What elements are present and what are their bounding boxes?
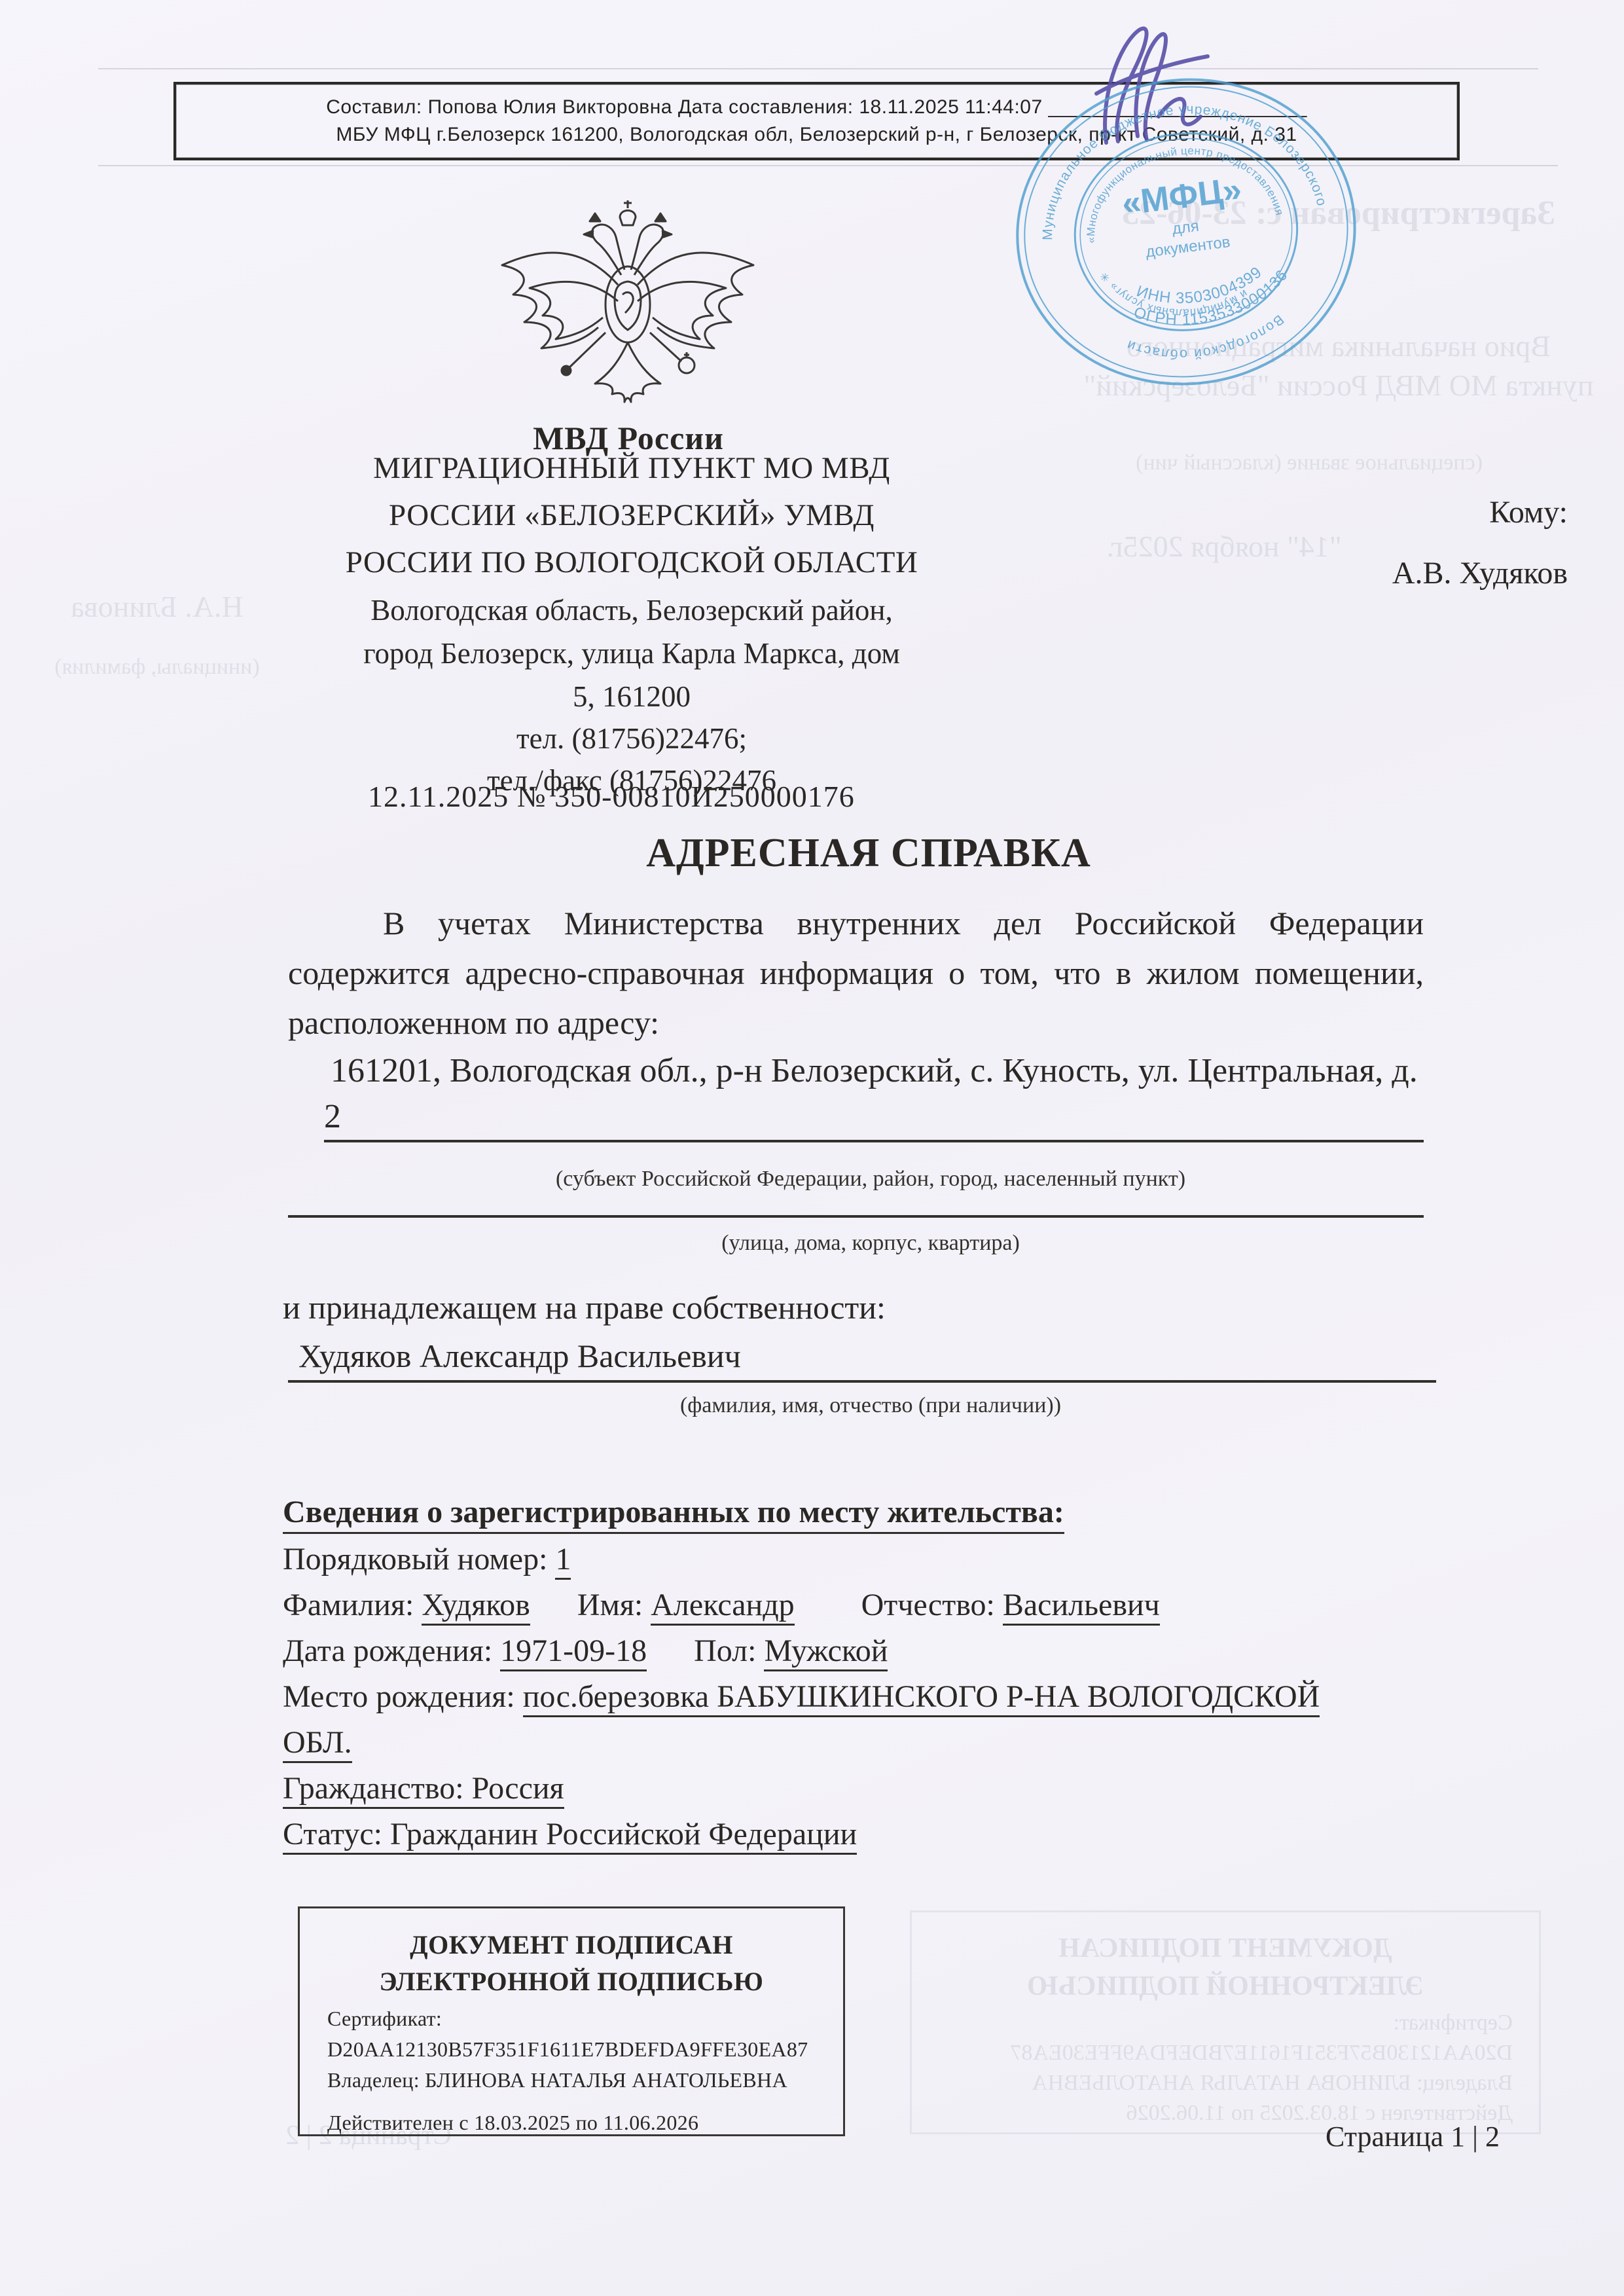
scanned-document-page: Зарегистрирован с: 23-06-23 Врио начальн… [0, 0, 1624, 2296]
status-value: Статус: Гражданин Российской Федерации [283, 1817, 857, 1855]
status-row: Статус: Гражданин Российской Федерации [283, 1816, 1435, 1852]
registration-heading-text: Сведения о зарегистрированных по месту ж… [283, 1495, 1064, 1534]
mfc-round-stamp: Муниципальное бюджетное учреждение Белоз… [993, 53, 1379, 411]
caption-fio: (фамилия, имя, отчество (при наличии)) [321, 1393, 1420, 1418]
bleedthrough-initials: Н.А. Блинова [20, 589, 295, 624]
org-phone-line: тел. (81756)22476; [337, 721, 926, 756]
address-value-line1: 161201, Вологодская обл., р-н Белозерски… [331, 1051, 1427, 1090]
mvd-eagle-emblem [490, 196, 765, 419]
org-address-line1: Вологодская область, Белозерский район, [337, 593, 926, 627]
org-address-line2: город Белозерск, улица Карла Маркса, дом [337, 636, 926, 670]
caption-street: (улица, дома, корпус, квартира) [321, 1231, 1420, 1256]
intro-line1: В учетах Министерства внутренних дел Рос… [288, 898, 1424, 948]
ordinal-label: Порядковый номер: [283, 1542, 547, 1576]
bleedthrough-date-line: "14" ноября 2025г. [1087, 529, 1362, 564]
street-field-rule [288, 1215, 1424, 1218]
esign-owner: Владелец: БЛИНОВА НАТАЛЬЯ АНАТОЛЬЕВНА [327, 2068, 843, 2092]
patronymic-label: Отчество: [861, 1588, 995, 1622]
birthplace-value-line2: ОБЛ. [283, 1725, 352, 1763]
ownership-intro: и принадлежащем на праве собственности: [283, 1288, 886, 1326]
esign-cert-value: D20AA12130B57F351F1611E7BDEFDA9FFE30EA87 [327, 2037, 843, 2062]
owner-name: Худяков Александр Васильевич [288, 1337, 1436, 1383]
esign-header-line2: ЭЛЕКТРОННОЙ ПОДПИСЬЮ [300, 1963, 843, 2000]
birthdate-value: 1971-09-18 [500, 1633, 647, 1671]
name-value: Александр [651, 1588, 794, 1626]
bleedthrough-esign-header: ДОКУМЕНТ ПОДПИСАН ЭЛЕКТРОННОЙ ПОДПИСЬЮ [912, 1929, 1539, 2005]
org-name-line3: РОССИИ ПО ВОЛОГОДСКОЙ ОБЛАСТИ [337, 545, 926, 580]
esign-validity: Действителен с 18.03.2025 по 11.06.2026 [327, 2111, 843, 2135]
recipient-name: А.В. Худяков [1392, 555, 1568, 591]
registration-heading: Сведения о зарегистрированных по месту ж… [283, 1494, 1435, 1530]
page-number: Страница 1 | 2 [1326, 2120, 1500, 2153]
birthplace-label: Место рождения: [283, 1679, 515, 1714]
stamp-dlya-text: для [1171, 217, 1200, 238]
esign-header-line1: ДОКУМЕНТ ПОДПИСАН [300, 1927, 843, 1963]
bleedthrough-caption-initials: (инициалы, фамилия) [7, 655, 308, 680]
stamp-dokumentov-text: документов [1145, 233, 1231, 261]
sex-label: Пол: [694, 1633, 756, 1668]
sex-value: Мужской [764, 1633, 888, 1671]
caption-subject: (субъект Российской Федерации, район, го… [321, 1167, 1420, 1192]
esign-header: ДОКУМЕНТ ПОДПИСАН ЭЛЕКТРОННОЙ ПОДПИСЬЮ [300, 1927, 843, 2000]
birthplace-row: Место рождения: пос.березовка БАБУШКИНСК… [283, 1679, 1435, 1715]
birth-row: Дата рождения: 1971-09-18 Пол: Мужской [283, 1633, 1435, 1669]
citizenship-row: Гражданство: Россия [283, 1770, 1435, 1806]
stamp-mfc-text: «МФЦ» [1120, 170, 1244, 223]
patronymic-value: Васильевич [1003, 1588, 1160, 1626]
recipient-label: Кому: [1489, 494, 1568, 530]
bleedthrough-esign-owner: Владелец: БЛИНОВА НАТАЛЬЯ АНАТОЛЬЕВНА [912, 2071, 1513, 2096]
name-label: Имя: [577, 1588, 643, 1622]
bleedthrough-esign-cert-value: D20AA12130B57F351F1611E7BDEFDA9FFE30EA87 [912, 2041, 1513, 2066]
intro-line1-text: В учетах Министерства внутренних дел Рос… [383, 905, 1424, 941]
surname-label: Фамилия: [283, 1588, 414, 1622]
esign-box: ДОКУМЕНТ ПОДПИСАН ЭЛЕКТРОННОЙ ПОДПИСЬЮ С… [298, 1906, 845, 2136]
birthplace-row2: ОБЛ. [283, 1724, 1435, 1760]
citizenship-value: Гражданство: Россия [283, 1771, 564, 1809]
ordinal-row: Порядковый номер: 1 [283, 1541, 1435, 1577]
ordinal-value: 1 [555, 1542, 571, 1580]
intro-paragraph: В учетах Министерства внутренних дел Рос… [288, 898, 1424, 1048]
address-value-line2: 2 [324, 1097, 1424, 1142]
bleedthrough-esign-line1: ДОКУМЕНТ ПОДПИСАН [912, 1929, 1539, 1967]
fio-row: Фамилия: Худяков Имя: Александр Отчество… [283, 1587, 1435, 1623]
bleedthrough-esign-box: ДОКУМЕНТ ПОДПИСАН ЭЛЕКТРОННОЙ ПОДПИСЬЮ С… [910, 1910, 1541, 2134]
bleedthrough-esign-cert-label: Сертификат: [912, 2011, 1513, 2035]
doc-date-number: 12.11.2025 № 350-00810И250000176 [368, 779, 855, 814]
org-name-line1: МИГРАЦИОННЫЙ ПУНКТ МО МВД [337, 450, 926, 486]
birthplace-value-line1: пос.березовка БАБУШКИНСКОГО Р-НА ВОЛОГОД… [523, 1679, 1320, 1717]
org-name-line2: РОССИИ «БЕЛОЗЕРСКИЙ» УМВД [337, 498, 926, 533]
bleedthrough-caption-rank: (специальное звание (классный чин) [1080, 450, 1538, 475]
surname-value: Худяков [422, 1588, 530, 1626]
org-address-line3: 5, 161200 [337, 680, 926, 714]
header-compiler-text: Составил: Попова Юлия Викторовна Дата со… [326, 96, 1042, 118]
doc-title: АДРЕСНАЯ СПРАВКА [283, 830, 1454, 877]
intro-line2: содержится адресно-справочная информация… [288, 948, 1424, 998]
birthdate-label: Дата рождения: [283, 1633, 492, 1668]
intro-line3: расположенном по адресу: [288, 998, 1424, 1048]
esign-cert-label: Сертификат: [327, 2007, 843, 2031]
bleedthrough-esign-line2: ЭЛЕКТРОННОЙ ПОДПИСЬЮ [912, 1967, 1539, 2005]
